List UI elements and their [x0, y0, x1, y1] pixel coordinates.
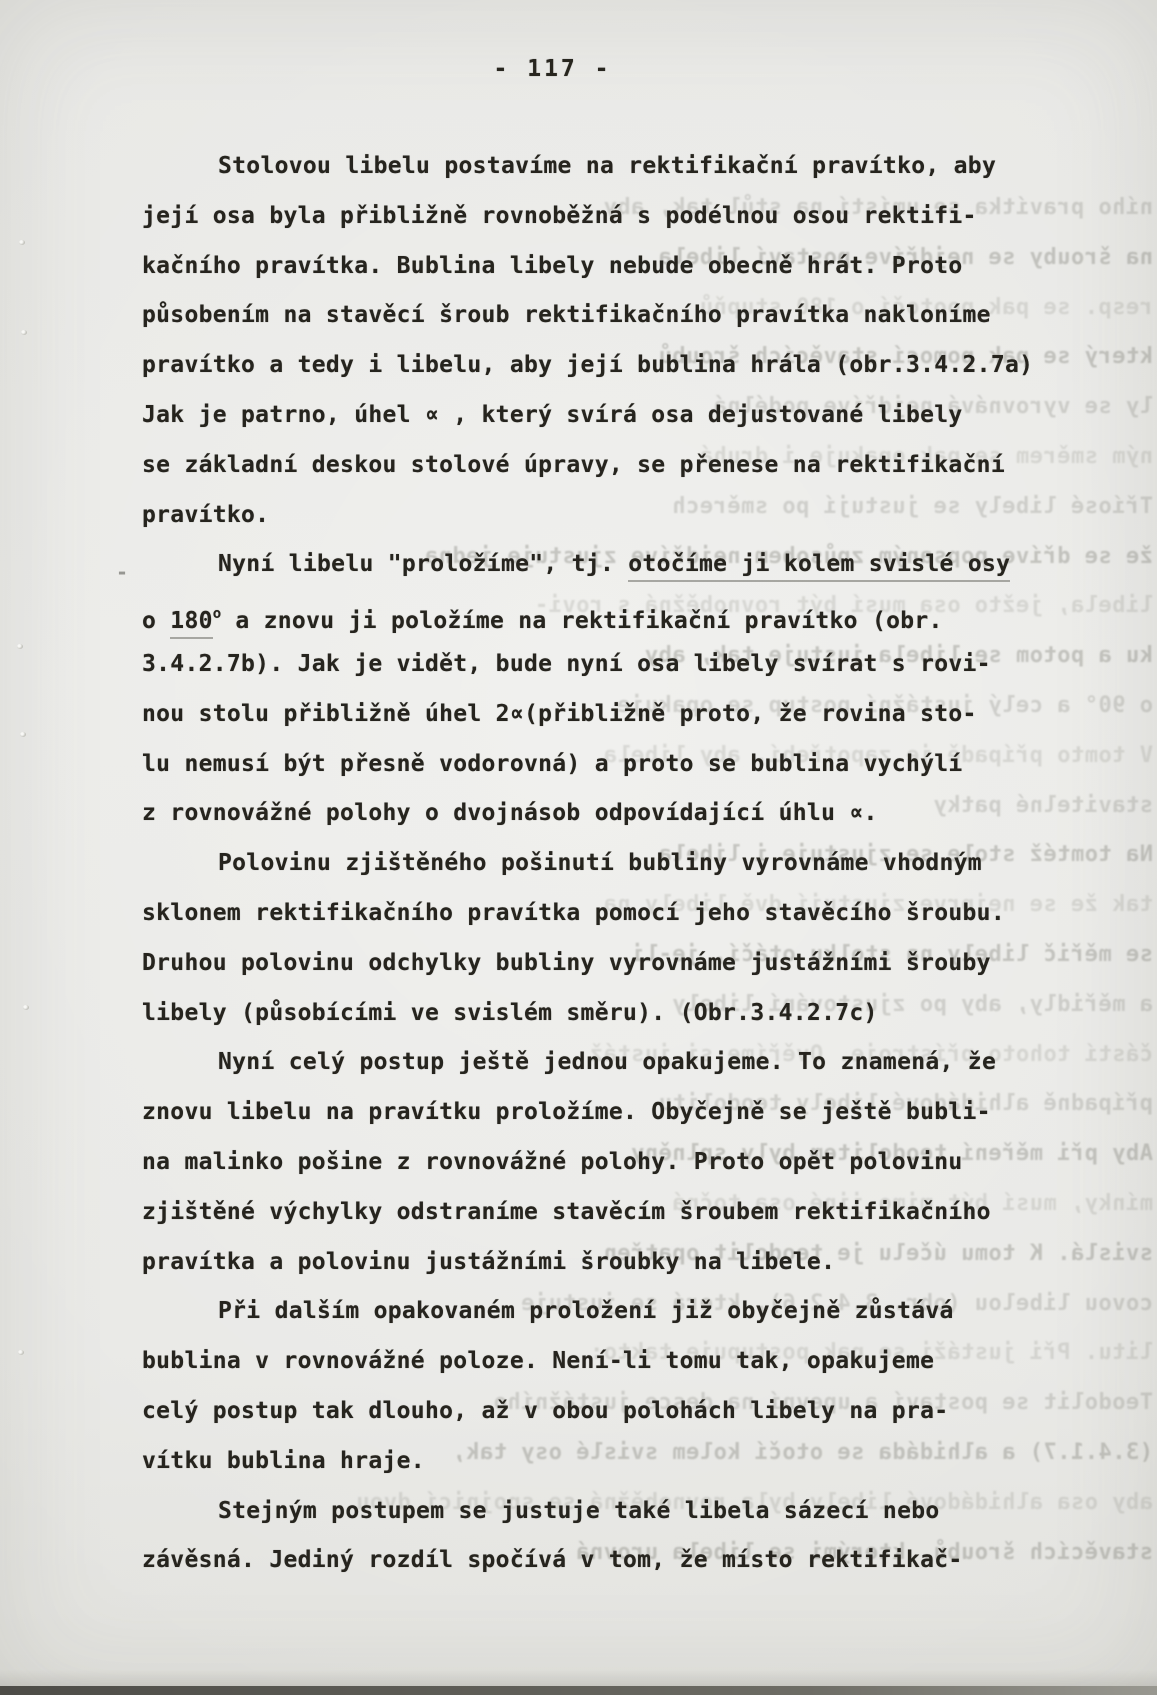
- text-line: z rovnovážné polohy o dvojnásob odpovída…: [142, 793, 1052, 843]
- text-line: Nyní libelu "proložíme", tj. otočíme ji …: [142, 544, 1052, 594]
- text-line: lu nemusí být přesně vodorovná) a proto …: [142, 744, 1052, 794]
- text-line: nou stolu přibližně úhel 2∝(přibližně pr…: [142, 694, 1052, 744]
- text-line: se základní deskou stolové úpravy, se př…: [142, 445, 1052, 495]
- paper-speck: [18, 1350, 24, 1355]
- text-line: závěsná. Jediný rozdíl spočívá v tom, že…: [142, 1540, 1052, 1590]
- text-line: působením na stavěcí šroub rektifikačníh…: [142, 295, 1052, 345]
- text-line: pravítka a polovinu justážními šroubky n…: [142, 1242, 1052, 1292]
- text-line: její osa byla přibližně rovnoběžná s pod…: [142, 196, 1052, 246]
- scan-edge-strip: [0, 1686, 1157, 1695]
- text-line: vítku bublina hraje.: [142, 1441, 1052, 1491]
- margin-pencil-dash: -: [116, 560, 128, 584]
- text-line: Stejným postupem se justuje také libela …: [142, 1491, 1052, 1541]
- text-line: Nyní celý postup ještě jednou opakujeme.…: [142, 1042, 1052, 1092]
- paper-speck: [17, 644, 23, 649]
- text-line: pravítko.: [142, 495, 1052, 545]
- body-text: Stolovou libelu postavíme na rektifikačn…: [142, 146, 1052, 1590]
- text-line: Druhou polovinu odchylky bubliny vyrovná…: [142, 943, 1052, 993]
- text-line: sklonem rektifikačního pravítka pomocí j…: [142, 893, 1052, 943]
- text-line: znovu libelu na pravítku proložíme. Obyč…: [142, 1092, 1052, 1142]
- text-line: Při dalším opakovaném proložení již obyč…: [142, 1291, 1052, 1341]
- paper-speck: [23, 1005, 29, 1010]
- paper-speck: [20, 732, 26, 737]
- text-line: Polovinu zjištěného pošinutí bubliny vyr…: [142, 843, 1052, 893]
- text-line: Stolovou libelu postavíme na rektifikačn…: [142, 146, 1052, 196]
- page-number: - 117 -: [0, 56, 1105, 82]
- text-line: na malinko pošine z rovnovážné polohy. P…: [142, 1142, 1052, 1192]
- text-line: bublina v rovnovážné poloze. Není-li tom…: [142, 1341, 1052, 1391]
- text-line: o 180o a znovu ji položíme na rektifikač…: [142, 594, 1052, 644]
- scan-edge-shadow: [0, 1670, 1157, 1686]
- text-line: Jak je patrno, úhel ∝ , který svírá osa …: [142, 395, 1052, 445]
- paper-speck: [21, 330, 27, 335]
- text-line: celý postup tak dlouho, až v obou polohá…: [142, 1391, 1052, 1441]
- text-line: zjištěné výchylky odstraníme stavěcím šr…: [142, 1192, 1052, 1242]
- text-line: libely (působícími ve svislém směru). (O…: [142, 993, 1052, 1043]
- paper-speck: [19, 240, 25, 245]
- text-line: pravítko a tedy i libelu, aby její bubli…: [142, 345, 1052, 395]
- text-line: 3.4.2.7b). Jak je vidět, bude nyní osa l…: [142, 644, 1052, 694]
- text-line: kačního pravítka. Bublina libely nebude …: [142, 246, 1052, 296]
- scanned-page: ního pravítka se umístí na stůl tak, aby…: [0, 0, 1157, 1695]
